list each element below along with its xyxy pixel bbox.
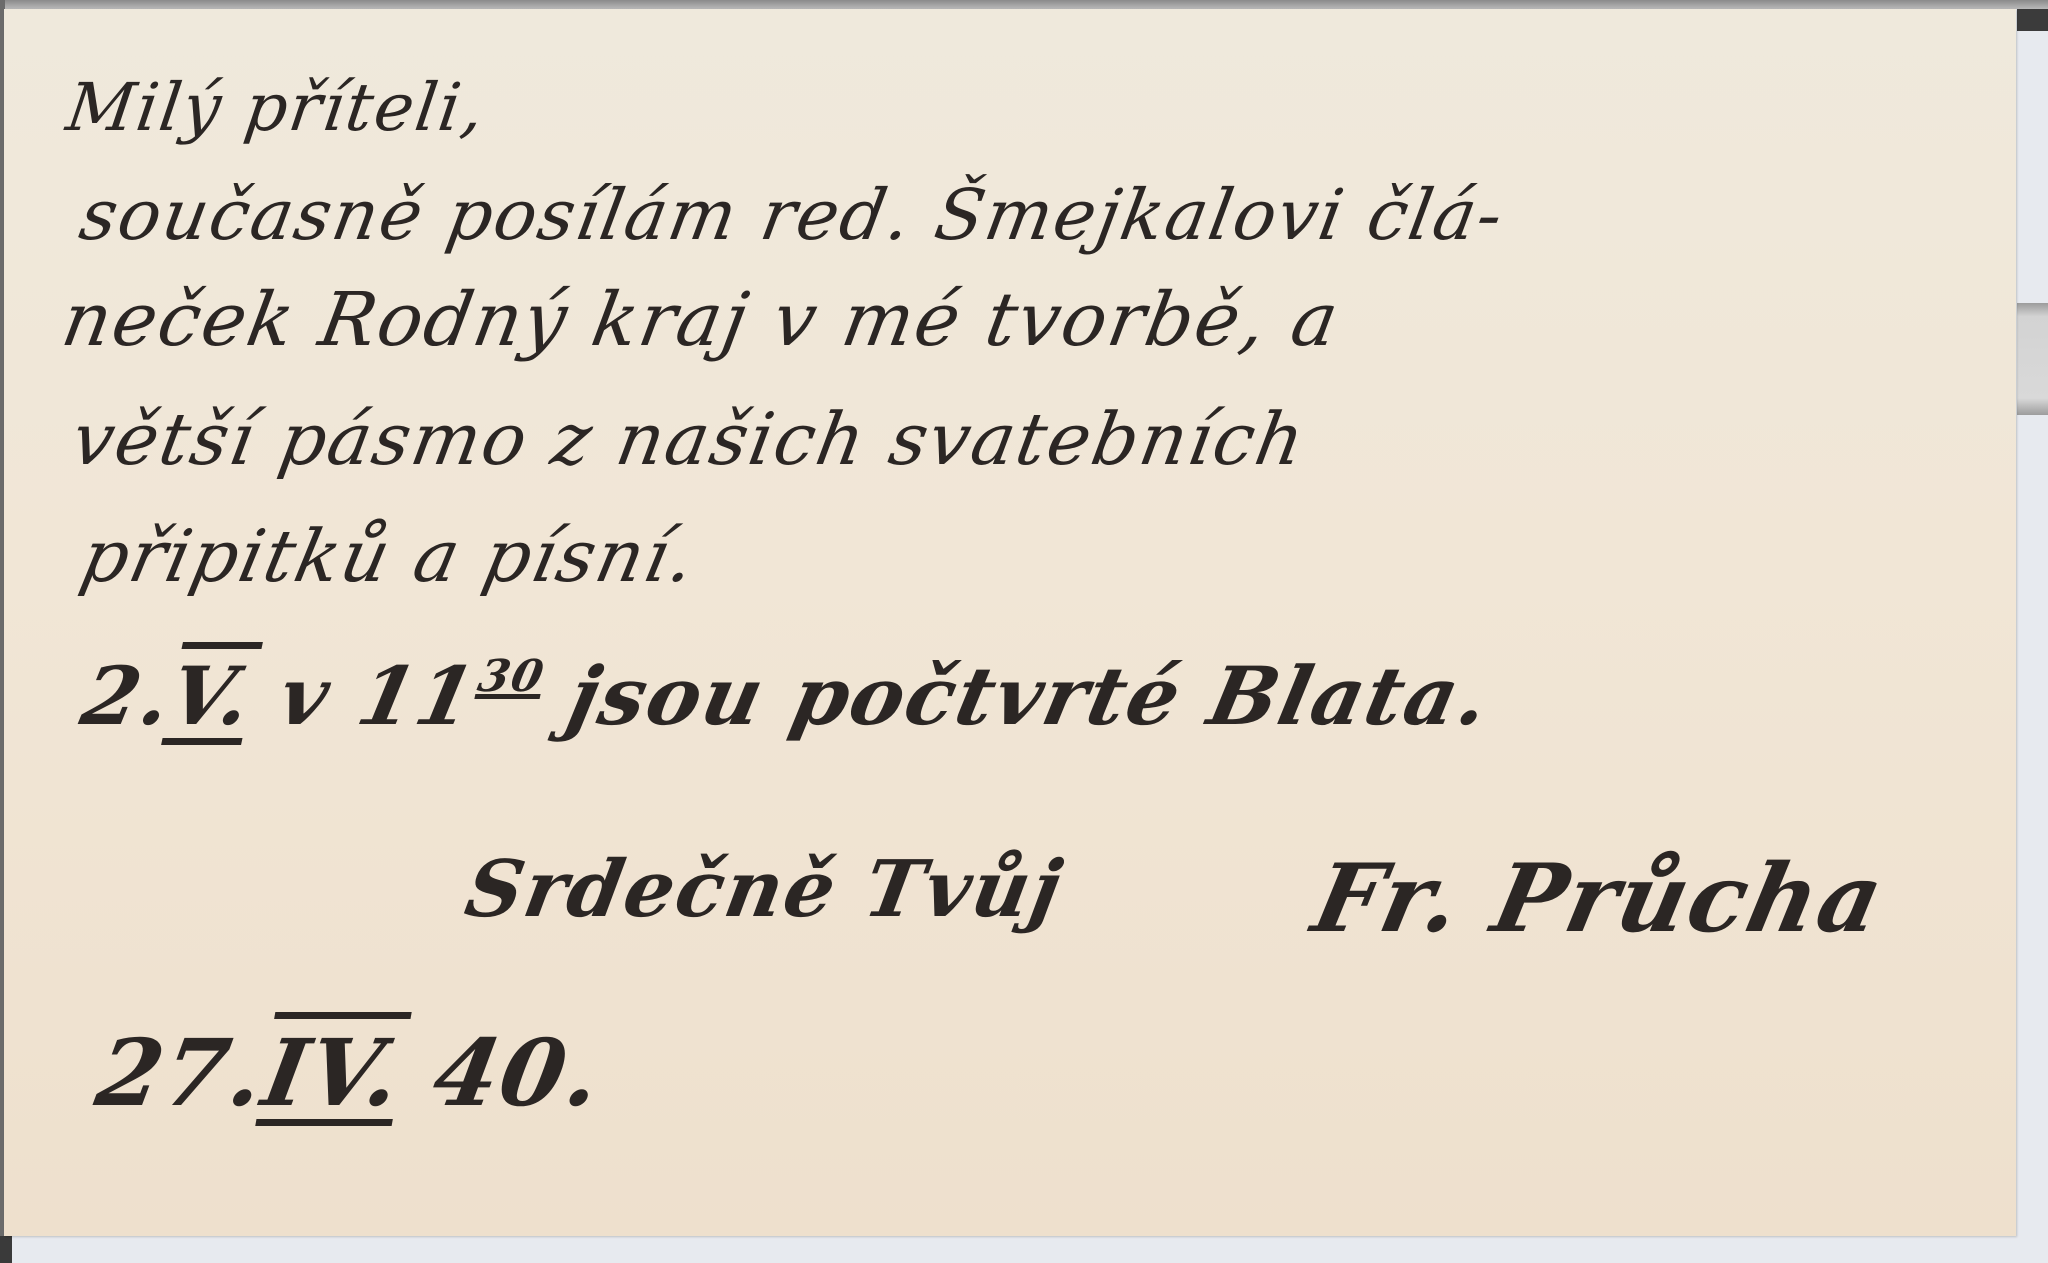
date-month: IV. bbox=[255, 1019, 410, 1127]
signature: Fr. Průcha bbox=[1304, 844, 1894, 954]
body-line-1: současně posílám red. Šmejkalovi člá- bbox=[74, 174, 1511, 256]
scanned-postcard: Milý příteli, současně posílám red. Šmej… bbox=[0, 0, 2048, 1263]
meeting-prep: v bbox=[271, 649, 339, 743]
scanner-corner-shadow bbox=[2017, 9, 2048, 31]
scanner-bottom-mark bbox=[0, 1236, 12, 1263]
meeting-rest: jsou počtvrté Blata. bbox=[560, 649, 1499, 743]
meeting-line: 2.V. v 1130 jsou počtvrté Blata. bbox=[74, 649, 1499, 743]
scanner-side-shadow bbox=[2017, 303, 2048, 415]
body-line-4: připitků a písní. bbox=[74, 514, 704, 598]
letter-date: 27.IV. 40. bbox=[89, 1019, 611, 1127]
meeting-minutes: 30 bbox=[474, 651, 550, 702]
date-day: 27. bbox=[89, 1019, 274, 1127]
date-year: 40. bbox=[425, 1019, 610, 1127]
greeting: Milý příteli, bbox=[62, 69, 491, 146]
body-line-2: neček Rodný kraj v mé tvorbě, a bbox=[56, 277, 1346, 363]
closing: Srdečně Tvůj bbox=[459, 844, 1070, 935]
scanner-top-edge bbox=[0, 0, 2048, 9]
meeting-hour: 11 bbox=[350, 649, 485, 743]
postcard: Milý příteli, současně posílám red. Šmej… bbox=[4, 9, 2016, 1236]
body-line-3: větší pásmo z našich svatebních bbox=[66, 397, 1312, 481]
